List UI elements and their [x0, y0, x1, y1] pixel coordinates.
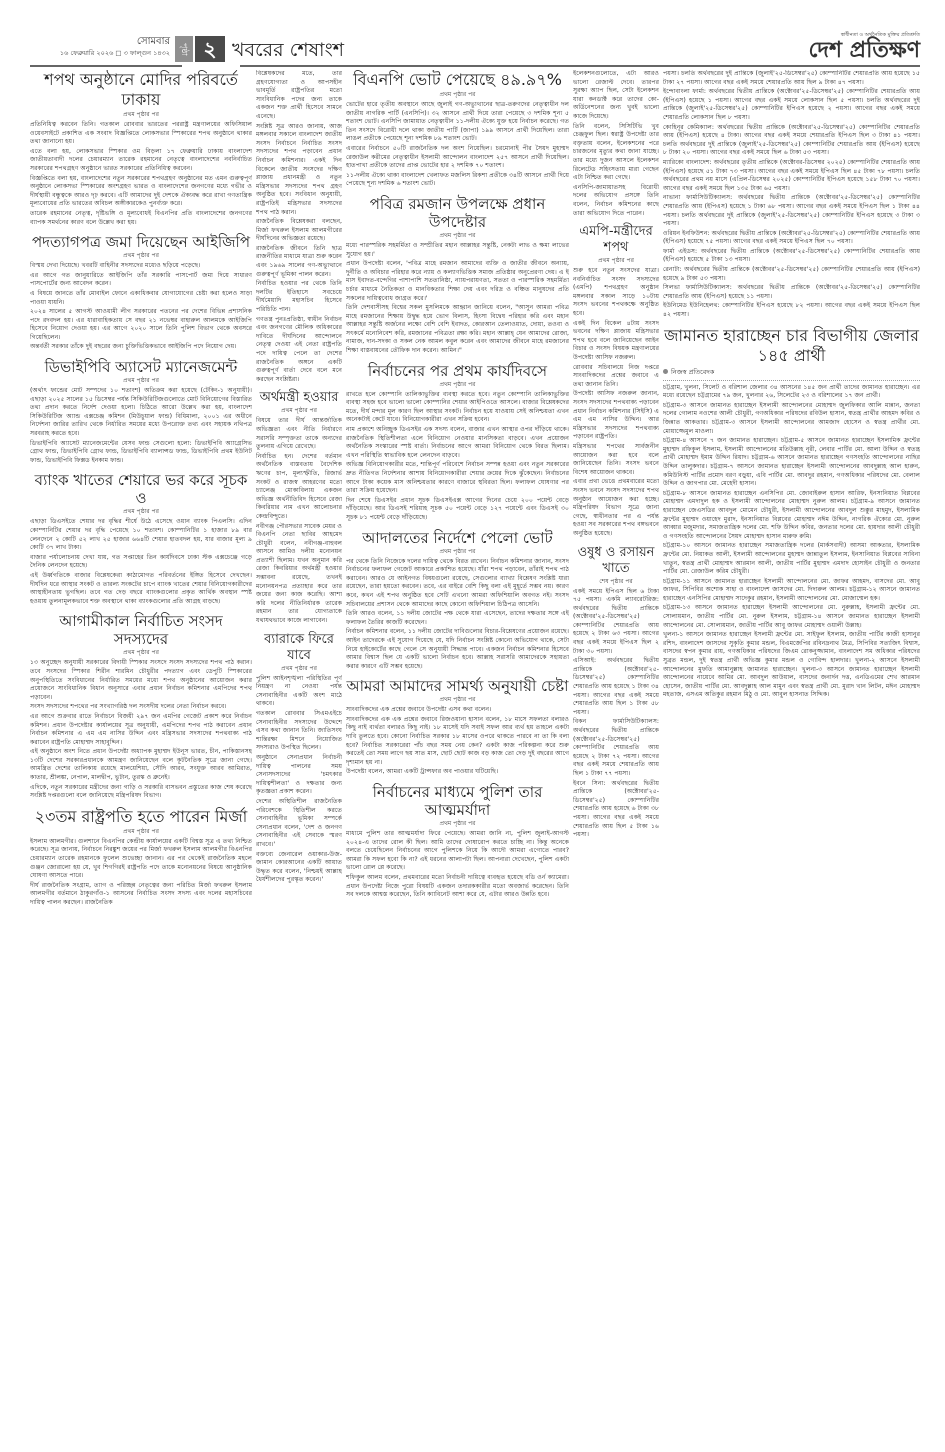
- headline: অর্থমন্ত্রী হওয়ার: [256, 390, 342, 406]
- paragraph: ১১-দলীয় ঐক্যে থাকা বাংলাদেশ খেলাফত মজলি…: [346, 172, 569, 189]
- article-finance-minister: অর্থমন্ত্রী হওয়ার প্রথম পৃষ্ঠার পর বিষয…: [256, 390, 342, 625]
- article-body: ১৩ অনুচ্ছেদ অনুযায়ী সরকারের বিদায়ী স্প…: [30, 659, 252, 801]
- paragraph: চট্টগ্রাম-১১ আসনে জামানত হারাচ্ছেন ইসলাম…: [663, 578, 920, 604]
- paragraph: দেশের অস্থিতিশীল রাজনৈতিক পরিবেশকে স্থিত…: [256, 798, 342, 850]
- headline: আমরা আমাদের সামর্থ্য অনুযায়ী চেষ্টা: [346, 677, 569, 695]
- paragraph: ইউনিমেড ইউনিহেলথ: কোম্পানিটির ইপিএস হয়ে…: [663, 302, 920, 319]
- paragraph: ওরিয়ন ইনফিউশন: অর্থবছরের দ্বিতীয় প্রান…: [663, 230, 920, 247]
- page-label: পৃষ্ঠা: [175, 36, 193, 62]
- paragraph: সংশ্লিষ্ট সূত্র আরও জানায়, আজ মঙ্গলবার …: [256, 123, 342, 218]
- masthead-rule-right: [240, 65, 920, 67]
- paragraph: প্রধান উপদেষ্টা বলেন, 'পবিত্র মাহে রমজান…: [346, 260, 569, 303]
- paragraph: রাজনৈতিক বিশ্লেষকরা বলছেন, মির্জা ফখরুল …: [256, 218, 342, 244]
- paragraph: চট্টগ্রাম-৮ আসনে জামানত হারাচ্ছেন এনসিপি…: [663, 490, 920, 542]
- paragraph: এছাড়া ডিএসইতে শেয়ার দর বৃদ্ধির শীর্ষে …: [30, 518, 252, 552]
- paragraph: মাধ্যমে পুলিশ তার আত্মমর্যাদা ফিরে পেয়ে…: [346, 830, 569, 873]
- paragraph: এবারের নির্বাচনে ৫০টি রাজনৈতিক দল অংশ নি…: [346, 145, 569, 171]
- newspaper-logo: স্বাধীনতা ও অর্থনৈতিক মুক্তির প্রতিশ্রুত…: [808, 32, 920, 63]
- section-title: খবরের শেষাংশ: [232, 38, 344, 62]
- byline-text: নিজস্ব প্রতিবেদক: [671, 368, 714, 376]
- paragraph: সাংবাদিকদের এক প্রশ্নের জবাবে উপদেষ্টা এ…: [346, 706, 569, 715]
- article-analysts: বিশ্লেষকদের মতে, তার গ্রহণযোগ্যতা ও আপসহ…: [256, 70, 342, 384]
- article-body: বিষয়ে তার দীর্ঘ আন্তর্জাতিক অভিজ্ঞতা এব…: [256, 417, 342, 625]
- article-body: রাখতে হলে কোম্পানি তালিকাভুক্তির ব্যবস্থ…: [346, 391, 569, 523]
- paragraph: এই উর্ধ্বগতিকে বাজার বিশ্লেষকেরা কাঠামোগ…: [30, 572, 252, 606]
- headline: নির্বাচনের পর প্রথম কার্যদিবসে: [346, 362, 569, 380]
- article-body: প্রতিনিধিত্ব করবেন তিনি। গতকাল রোববার ভা…: [30, 121, 252, 227]
- article-igp: পদত্যাগপত্র জমা দিয়েছেন আইজিপি প্রথম পৃ…: [30, 233, 252, 352]
- issue-date-block: সোমবার ১৬ ফেব্রুয়ারি ২০২৬ □ ৩ ফাল্গুন ১…: [30, 36, 170, 59]
- paragraph: অভিজ্ঞ বিনিয়োগকারীর মতে, শান্তিপূর্ণ পর…: [346, 461, 569, 495]
- dotted-divider: [663, 380, 920, 381]
- article-body: সাংবাদিকদের এক প্রশ্নের জবাবে উপদেষ্টা এ…: [346, 706, 569, 777]
- paragraph: চট্টগ্রাম-৩ আসনে জামানত হারাচ্ছেন ইসলামী…: [663, 402, 920, 436]
- continued-label: প্রথম পৃষ্ঠার পর: [256, 407, 342, 415]
- paragraph: এই অনুষ্ঠানে অংশ নিতে প্রধান উপদেষ্টা অধ…: [30, 748, 252, 782]
- bullet-icon: [663, 369, 668, 374]
- column-center: বিএনপি ভোট পেয়েছে ৪৯.৯৭% প্রথম পৃষ্ঠার …: [346, 70, 569, 1440]
- paragraph: উপদেষ্টা আসিফ নজরুল জানান, সংসদ সদস্যদের…: [573, 390, 659, 442]
- byline: নিজস্ব প্রতিবেদক: [663, 368, 920, 377]
- column-narrow-2: ইলেকশনগুলোতে, এটা আরও ভালো রেজাল্ট দেবে।…: [573, 70, 659, 1440]
- paragraph: ভোটের হারে তৃতীয় অবস্থানে আছে জুলাই গণ-…: [346, 101, 569, 144]
- paragraph: মন্ত্রিসভার শপথের সার্বজনীন আয়োজন করা হ…: [573, 443, 659, 477]
- paragraph: বিশ্লেষকদের মতে, তার গ্রহণযোগ্যতা ও আপসহ…: [256, 70, 342, 122]
- continued-label: প্রথম পৃষ্ঠার পর: [30, 111, 252, 119]
- headline: আদালতের নির্দেশে পেলো ভোট: [346, 529, 569, 547]
- paragraph: একই দিন বিকেল ৪টায় সংসদ ভবনের দক্ষিণ প্…: [573, 320, 659, 363]
- article-body: পর থেকে তিনি নিজেকে দলের দায়িত্ব থেকে ব…: [346, 558, 569, 672]
- article-first-workday: নির্বাচনের পর প্রথম কার্যদিবসে প্রথম পৃষ…: [346, 362, 569, 523]
- article-body: পয়সা। চলতি অর্থবছরের দুই প্রান্তিকে (জু…: [663, 70, 920, 320]
- article-ramadan: পবিত্র রমজান উপলক্ষে প্রধান উপদেষ্টার প্…: [346, 195, 569, 356]
- paragraph: (অর্থাৎ ফান্ডের মোট সম্পদের ১০ শতাংশ) অত…: [30, 387, 252, 439]
- paragraph: একই সময়ে ইপিএস ছিল ৬ টাকা ৭৫ পয়সা। একম…: [573, 588, 659, 657]
- paragraph: মধ্যে পারস্পরিক সহমর্মিতা ও সম্প্রীতির ম…: [346, 242, 569, 259]
- paragraph: বিস্ময় দেখা দিয়েছে। খবরটি বাহিনীর সদস্…: [30, 262, 252, 271]
- article-court-order: আদালতের নির্দেশে পেলো ভোট প্রথম পৃষ্ঠার …: [346, 529, 569, 672]
- newspaper-page: সোমবার ১৬ ফেব্রুয়ারি ২০২৬ □ ৩ ফাল্গুন ১…: [0, 0, 945, 1452]
- paragraph: নির্বাচন কমিশনার বলেন, ১১ দলীয় জোটের দা…: [346, 628, 569, 671]
- headline: এমপি-মন্ত্রীদের শপথ: [573, 224, 659, 256]
- paragraph: এদিকে, নতুন সরকারের মন্ত্রীদের জন্য গাড়…: [30, 784, 252, 801]
- article-election-commission: ইলেকশনগুলোতে, এটা আরও ভালো রেজাল্ট দেবে।…: [573, 70, 659, 218]
- continued-label: প্রথম পৃষ্ঠার পর: [256, 665, 342, 673]
- issue-day: সোমবার: [30, 36, 170, 48]
- article-body: পুলিশ আইনশৃঙ্খলা পরিস্থিতির পূর্ণ নিয়ন্…: [256, 675, 342, 885]
- headline: নির্বাচনের মাধ্যমে পুলিশ তার আত্মমর্যাদা: [346, 783, 569, 819]
- paragraph: সংসদ সদস্যদের শপথের পর সংখ্যাগরিষ্ঠ দল স…: [30, 703, 252, 712]
- paragraph: রাখতে হলে কোম্পানি তালিকাভুক্তির ব্যবস্থ…: [346, 391, 569, 425]
- column-left: শপথ অনুষ্ঠানে মোদির পরিবর্তে ঢাকায় প্রথ…: [30, 70, 252, 1440]
- paragraph: গতকাল রোববার সিএমএইচে সেনাবাহিনীর সদস্যদ…: [256, 710, 342, 753]
- article-body: ভোটের হারে তৃতীয় অবস্থানে আছে জুলাই গণ-…: [346, 101, 569, 189]
- continued-label: প্রথম পৃষ্ঠার পর: [573, 257, 659, 265]
- article-body: মাধ্যমে পুলিশ তার আত্মমর্যাদা ফিরে পেয়ে…: [346, 830, 569, 900]
- paragraph: পয়সা। চলতি অর্থবছরের দুই প্রান্তিকে (জু…: [663, 70, 920, 87]
- article-bank-shares: ব্যাংক খাতের শেয়ারে ভর করে সূচক ও প্রথম…: [30, 471, 252, 606]
- headline: পদত্যাগপত্র জমা দিয়েছেন আইজিপি: [30, 233, 252, 251]
- headline: আগামীকাল নির্বাচিত সংসদ সদস্যদের: [30, 612, 252, 648]
- headline: ডিভাইপিবি অ্যাসেট ম্যানেজমেন্ট: [30, 358, 252, 376]
- article-police-dignity: নির্বাচনের মাধ্যমে পুলিশ তার আত্মমর্যাদা…: [346, 783, 569, 900]
- continued-label: প্রথম পৃষ্ঠার পর: [30, 377, 252, 385]
- paragraph: উপদেষ্টা বলেন, আমরা একটি ট্রান্সফার অব প…: [346, 768, 569, 777]
- continued-label: প্রথম পৃষ্ঠার পর: [346, 381, 569, 389]
- paragraph: চট্টগ্রাম-১০ আসনে জামানত হারাচ্ছেন সমাজত…: [663, 542, 920, 576]
- article-body: একই সময়ে ইপিএস ছিল ৬ টাকা ৭৫ পয়সা। একম…: [573, 588, 659, 840]
- paragraph: খুলনা-১ আসনে জামানত হারাচ্ছেন ইসলামী ফ্র…: [663, 631, 920, 700]
- headline: পবিত্র রমজান উপলক্ষে প্রধান উপদেষ্টার: [346, 195, 569, 231]
- article-bnp-vote: বিএনপি ভোট পেয়েছে ৪৯.৯৭% প্রথম পৃষ্ঠার …: [346, 70, 569, 189]
- paragraph: শফিকুল আলম বলেন, প্রথমবারের মতো নির্বাচন…: [346, 874, 569, 900]
- headline: ২৩তম রাষ্ট্রপতি হতে পারেন মির্জা: [30, 807, 252, 827]
- continued-label: প্রথম পৃষ্ঠার পর: [346, 91, 569, 99]
- paragraph: ইন্দোবাংলা ফার্মা: অর্থবছরের দ্বিতীয় প্…: [663, 88, 920, 122]
- paragraph: এতে বলা হয়, লোকসভার স্পিকার ওম বিড়লা ১…: [30, 148, 252, 174]
- paragraph: সিলভা ফার্মাসিউটিক্যালস: অর্থবছরের দ্বিত…: [663, 284, 920, 301]
- continued-label: প্রথম পৃষ্ঠার পর: [346, 820, 569, 828]
- column-right: পয়সা। চলতি অর্থবছরের দুই প্রান্তিকে (জু…: [663, 70, 920, 1440]
- article-dividend: ডিভাইপিবি অ্যাসেট ম্যানেজমেন্ট প্রথম পৃষ…: [30, 358, 252, 465]
- page-number: ২: [195, 36, 225, 62]
- masthead-rule-left: [30, 65, 182, 67]
- paragraph: শুরু হবে নতুন সংসদের যাত্রা। নবনির্বাচিত…: [573, 267, 659, 319]
- article-body: ইসলাম আলমগীর। গুলশানে বিএনপির কেন্দ্রীয়…: [30, 838, 252, 908]
- paragraph: বিষয়ে তার দীর্ঘ আন্তর্জাতিক অভিজ্ঞতা এব…: [256, 417, 342, 451]
- continued-label: প্রথম পৃষ্ঠার পর: [346, 232, 569, 240]
- article-deposit-lost: জামানত হারাচ্ছেন চার বিভাগীয় জেলার ১৪৫ …: [663, 326, 920, 700]
- paragraph: চট্টগ্রাম, খুলনা, সিলেট ও বরিশাল জেলার ৩…: [663, 384, 920, 401]
- paragraph: ম্যারিকো বাংলাদেশ: অর্থবছরের তৃতীয় প্রা…: [663, 159, 920, 193]
- continued-label: প্রথম পৃষ্ঠার পর: [346, 548, 569, 556]
- masthead: সোমবার ১৬ ফেব্রুয়ারি ২০২৬ □ ৩ ফাল্গুন ১…: [30, 36, 920, 62]
- paragraph: রেনাটা: অর্থবছরের দ্বিতীয় প্রান্তিকে (অ…: [663, 266, 920, 283]
- continued-label: প্রথম পৃষ্ঠার পর: [30, 252, 252, 260]
- paragraph: এনসিপি-জামায়াতসহ বিরোধী দলের অভিযোগ প্র…: [573, 184, 659, 218]
- article-mps-oath: আগামীকাল নির্বাচিত সংসদ সদস্যদের প্রথম প…: [30, 612, 252, 801]
- continued-label: শেষ পৃষ্ঠার পর: [573, 578, 659, 586]
- paragraph: ২০২৪ সালের ৫ আগস্ট আওয়ামী লীগ সরকারের প…: [30, 308, 252, 342]
- article-body: ইলেকশনগুলোতে, এটা আরও ভালো রেজাল্ট দেবে।…: [573, 70, 659, 218]
- paragraph: পুলিশ আইনশৃঙ্খলা পরিস্থিতির পূর্ণ নিয়ন্…: [256, 675, 342, 709]
- headline: ব্যাংক খাতের শেয়ারে ভর করে সূচক ও: [30, 471, 252, 507]
- paragraph: প্রতিনিধিত্ব করবেন তিনি। গতকাল রোববার ভা…: [30, 121, 252, 147]
- continued-label: প্রথম পৃষ্ঠার পর: [30, 649, 252, 657]
- paragraph: নির্বাচিত হন। দেশের বর্তমান অর্থনৈতিক বা…: [256, 453, 342, 522]
- headline: শপথ অনুষ্ঠানে মোদির পরিবর্তে ঢাকায়: [30, 70, 252, 110]
- paragraph: ডিভাইপিবি অ্যাসেট ম্যানেজমেন্টের যেসব ফা…: [30, 440, 252, 466]
- paragraph: বিকন ফার্মাসিউটিক্যালস: অর্থবছরের দ্বিতী…: [573, 718, 659, 778]
- paragraph: নবীগঞ্জ পৌরসভার সাবেক মেয়র ও বিএনপি নেত…: [256, 523, 342, 626]
- paragraph: এবার প্রথা ভেঙে প্রথমবারের মতো সংসদ ভবনে…: [573, 478, 659, 538]
- paragraph: এর আগে শুক্রবার রাতে নির্বাচনে বিজয়ী ২৯…: [30, 713, 252, 747]
- column-narrow-1: বিশ্লেষকদের মতে, তার গ্রহণযোগ্যতা ও আপসহ…: [256, 70, 342, 1440]
- paragraph: বক্তব্যে জেনারেল ওয়াকার-উজ-জামান কোরআনে…: [256, 851, 342, 885]
- paragraph: দীর্ঘ রাজনৈতিক সংগ্রাম, ত্যাগ ও পরিচ্ছন্…: [30, 882, 252, 908]
- paragraph: বিজ্ঞপ্তিতে বলা হয়, বাংলাদেশের নতুন সরক…: [30, 175, 252, 209]
- article-body: বিশ্লেষকদের মতে, তার গ্রহণযোগ্যতা ও আপসহ…: [256, 70, 342, 384]
- article-pharma: ওষুধ ও রসায়ন খাতে শেষ পৃষ্ঠার পর একই সম…: [573, 545, 659, 840]
- article-mirza: ২৩তম রাষ্ট্রপতি হতে পারেন মির্জা প্রথম প…: [30, 807, 252, 908]
- headline: বিএনপি ভোট পেয়েছে ৪৯.৯৭%: [346, 70, 569, 90]
- paragraph: তারেক রহমানের নেতৃত্ব, দৃষ্টিভঙ্গি ও মূল…: [30, 210, 252, 227]
- article-body: বিস্ময় দেখা দিয়েছে। খবরটি বাহিনীর সদস্…: [30, 262, 252, 352]
- paragraph: গণতন্ত্র পুনঃপ্রতিষ্ঠা, স্বাধীন নির্বাচন…: [256, 316, 342, 385]
- article-modi: শপথ অনুষ্ঠানে মোদির পরিবর্তে ঢাকায় প্রথ…: [30, 70, 252, 227]
- article-body: এছাড়া ডিএসইতে শেয়ার দর বৃদ্ধির শীর্ষে …: [30, 518, 252, 606]
- paragraph: দিন শেষে ডিএসইর প্রধান সূচক ডিএসইএক্স আগ…: [346, 497, 569, 523]
- article-body: মধ্যে পারস্পরিক সহমর্মিতা ও সম্প্রীতির ম…: [346, 242, 569, 356]
- paragraph: নাম প্রকাশে অনিচ্ছুক ডিএসইর এক সদস্য বলে…: [346, 426, 569, 460]
- issue-date: ১৬ ফেব্রুয়ারি ২০২৬ □ ৩ ফাল্গুন ১৪৩২: [30, 48, 170, 59]
- paragraph: চট্টগ্রাম-১৩ আসনে জামানত হারাচ্ছেন ইসলাম…: [663, 604, 920, 630]
- article-body: শুরু হবে নতুন সংসদের যাত্রা। নবনির্বাচিত…: [573, 267, 659, 538]
- brand-name: দেশ প্রতিক্ষণ: [808, 39, 920, 63]
- paragraph: সাংবাদিকদের এক এক প্রশ্নের জবাবে রিজওয়া…: [346, 716, 569, 768]
- article-body: চট্টগ্রাম, খুলনা, সিলেট ও বরিশাল জেলার ৩…: [663, 384, 920, 700]
- paragraph: পর থেকে তিনি নিজেকে দলের দায়িত্ব থেকে ব…: [346, 558, 569, 610]
- paragraph: নির্বাচিত হওয়ার পর থেকে তিনি দলটির ইতিহ…: [256, 280, 342, 314]
- continued-label: প্রথম পৃষ্ঠার পর: [30, 828, 252, 836]
- headline: জামানত হারাচ্ছেন চার বিভাগীয় জেলার ১৪৫ …: [663, 326, 920, 366]
- paragraph: ইবনে সিনা: অর্থবছরের দ্বিতীয় প্রান্তিকে…: [573, 780, 659, 840]
- article-barracks: ব্যারাকে ফিরে যাবে প্রথম পৃষ্ঠার পর পুলি…: [256, 632, 342, 885]
- paragraph: নাভানা ফার্মাসিউটিক্যালস: অর্থবছরের দ্বি…: [663, 194, 920, 228]
- article-body: (অর্থাৎ ফান্ডের মোট সম্পদের ১০ শতাংশ) অত…: [30, 387, 252, 465]
- paragraph: অনুষ্ঠানে সেনাপ্রধান নির্বাচনী দায়িত্ব …: [256, 754, 342, 797]
- paragraph: রোববার সচিবালয়ে নিজ দপ্তরে সাংবাদিকদের …: [573, 364, 659, 390]
- article-eps-list: পয়সা। চলতি অর্থবছরের দুই প্রান্তিকে (জু…: [663, 70, 920, 320]
- paragraph: অন্তর্বর্তী সরকার তাঁকে দুই বছরের জন্য চ…: [30, 343, 252, 352]
- continued-label: প্রথম পৃষ্ঠার পর: [30, 508, 252, 516]
- article-mp-oath: এমপি-মন্ত্রীদের শপথ প্রথম পৃষ্ঠার পর শুর…: [573, 224, 659, 538]
- paragraph: রাজনৈতিক জীবনে তিনি ছাত্র রাজনীতির মাধ্য…: [256, 245, 342, 279]
- paragraph: ইলেকশনগুলোতে, এটা আরও ভালো রেজাল্ট দেবে।…: [573, 70, 659, 122]
- continued-label: প্রথম পৃষ্ঠার পর: [346, 696, 569, 704]
- paragraph: ইসলাম আলমগীর। গুলশানে বিএনপির কেন্দ্রীয়…: [30, 838, 252, 881]
- paragraph: ১৩ অনুচ্ছেদ অনুযায়ী সরকারের বিদায়ী স্প…: [30, 659, 252, 702]
- paragraph: তিনি আরও বলেন, ১১ দলীয় জোটের পক্ষ থেকে …: [346, 610, 569, 627]
- paragraph: কোহিনূর কেমিক্যাল: অর্থবছরের দ্বিতীয় প্…: [663, 124, 920, 158]
- paragraph: এ বিষয়ে জানতে তাঁর মোবাইল ফোনে একাধিকবা…: [30, 290, 252, 307]
- article-our-capacity: আমরা আমাদের সামর্থ্য অনুযায়ী চেষ্টা প্র…: [346, 677, 569, 777]
- headline: ব্যারাকে ফিরে যাবে: [256, 632, 342, 664]
- paragraph: তিনি দেশবাসীসহ বিশ্বের সকল মুসলিমকে আহ্ব…: [346, 304, 569, 356]
- paragraph: এসিআই: অর্থবছরের দ্বিতীয় প্রান্তিকে (অক…: [573, 657, 659, 717]
- paragraph: তিনি বলেন, সিসিটিভি খুব চেঞ্জফুল ছিল। স্…: [573, 123, 659, 183]
- paragraph: বাজার পর্যালোচনায় দেখা যায়, গত সপ্তাহে…: [30, 554, 252, 571]
- paragraph: ফার্মা এইডস: অর্থবছরের দ্বিতীয় প্রান্তি…: [663, 248, 920, 265]
- headline: ওষুধ ও রসায়ন খাতে: [573, 545, 659, 577]
- paragraph: চট্টগ্রাম-৪ আসনে ৭ জন জামানত হারাচ্ছেন। …: [663, 437, 920, 489]
- paragraph: এর আগে গত জানুয়ারিতে আইজিপি তাঁর সরকারি…: [30, 272, 252, 289]
